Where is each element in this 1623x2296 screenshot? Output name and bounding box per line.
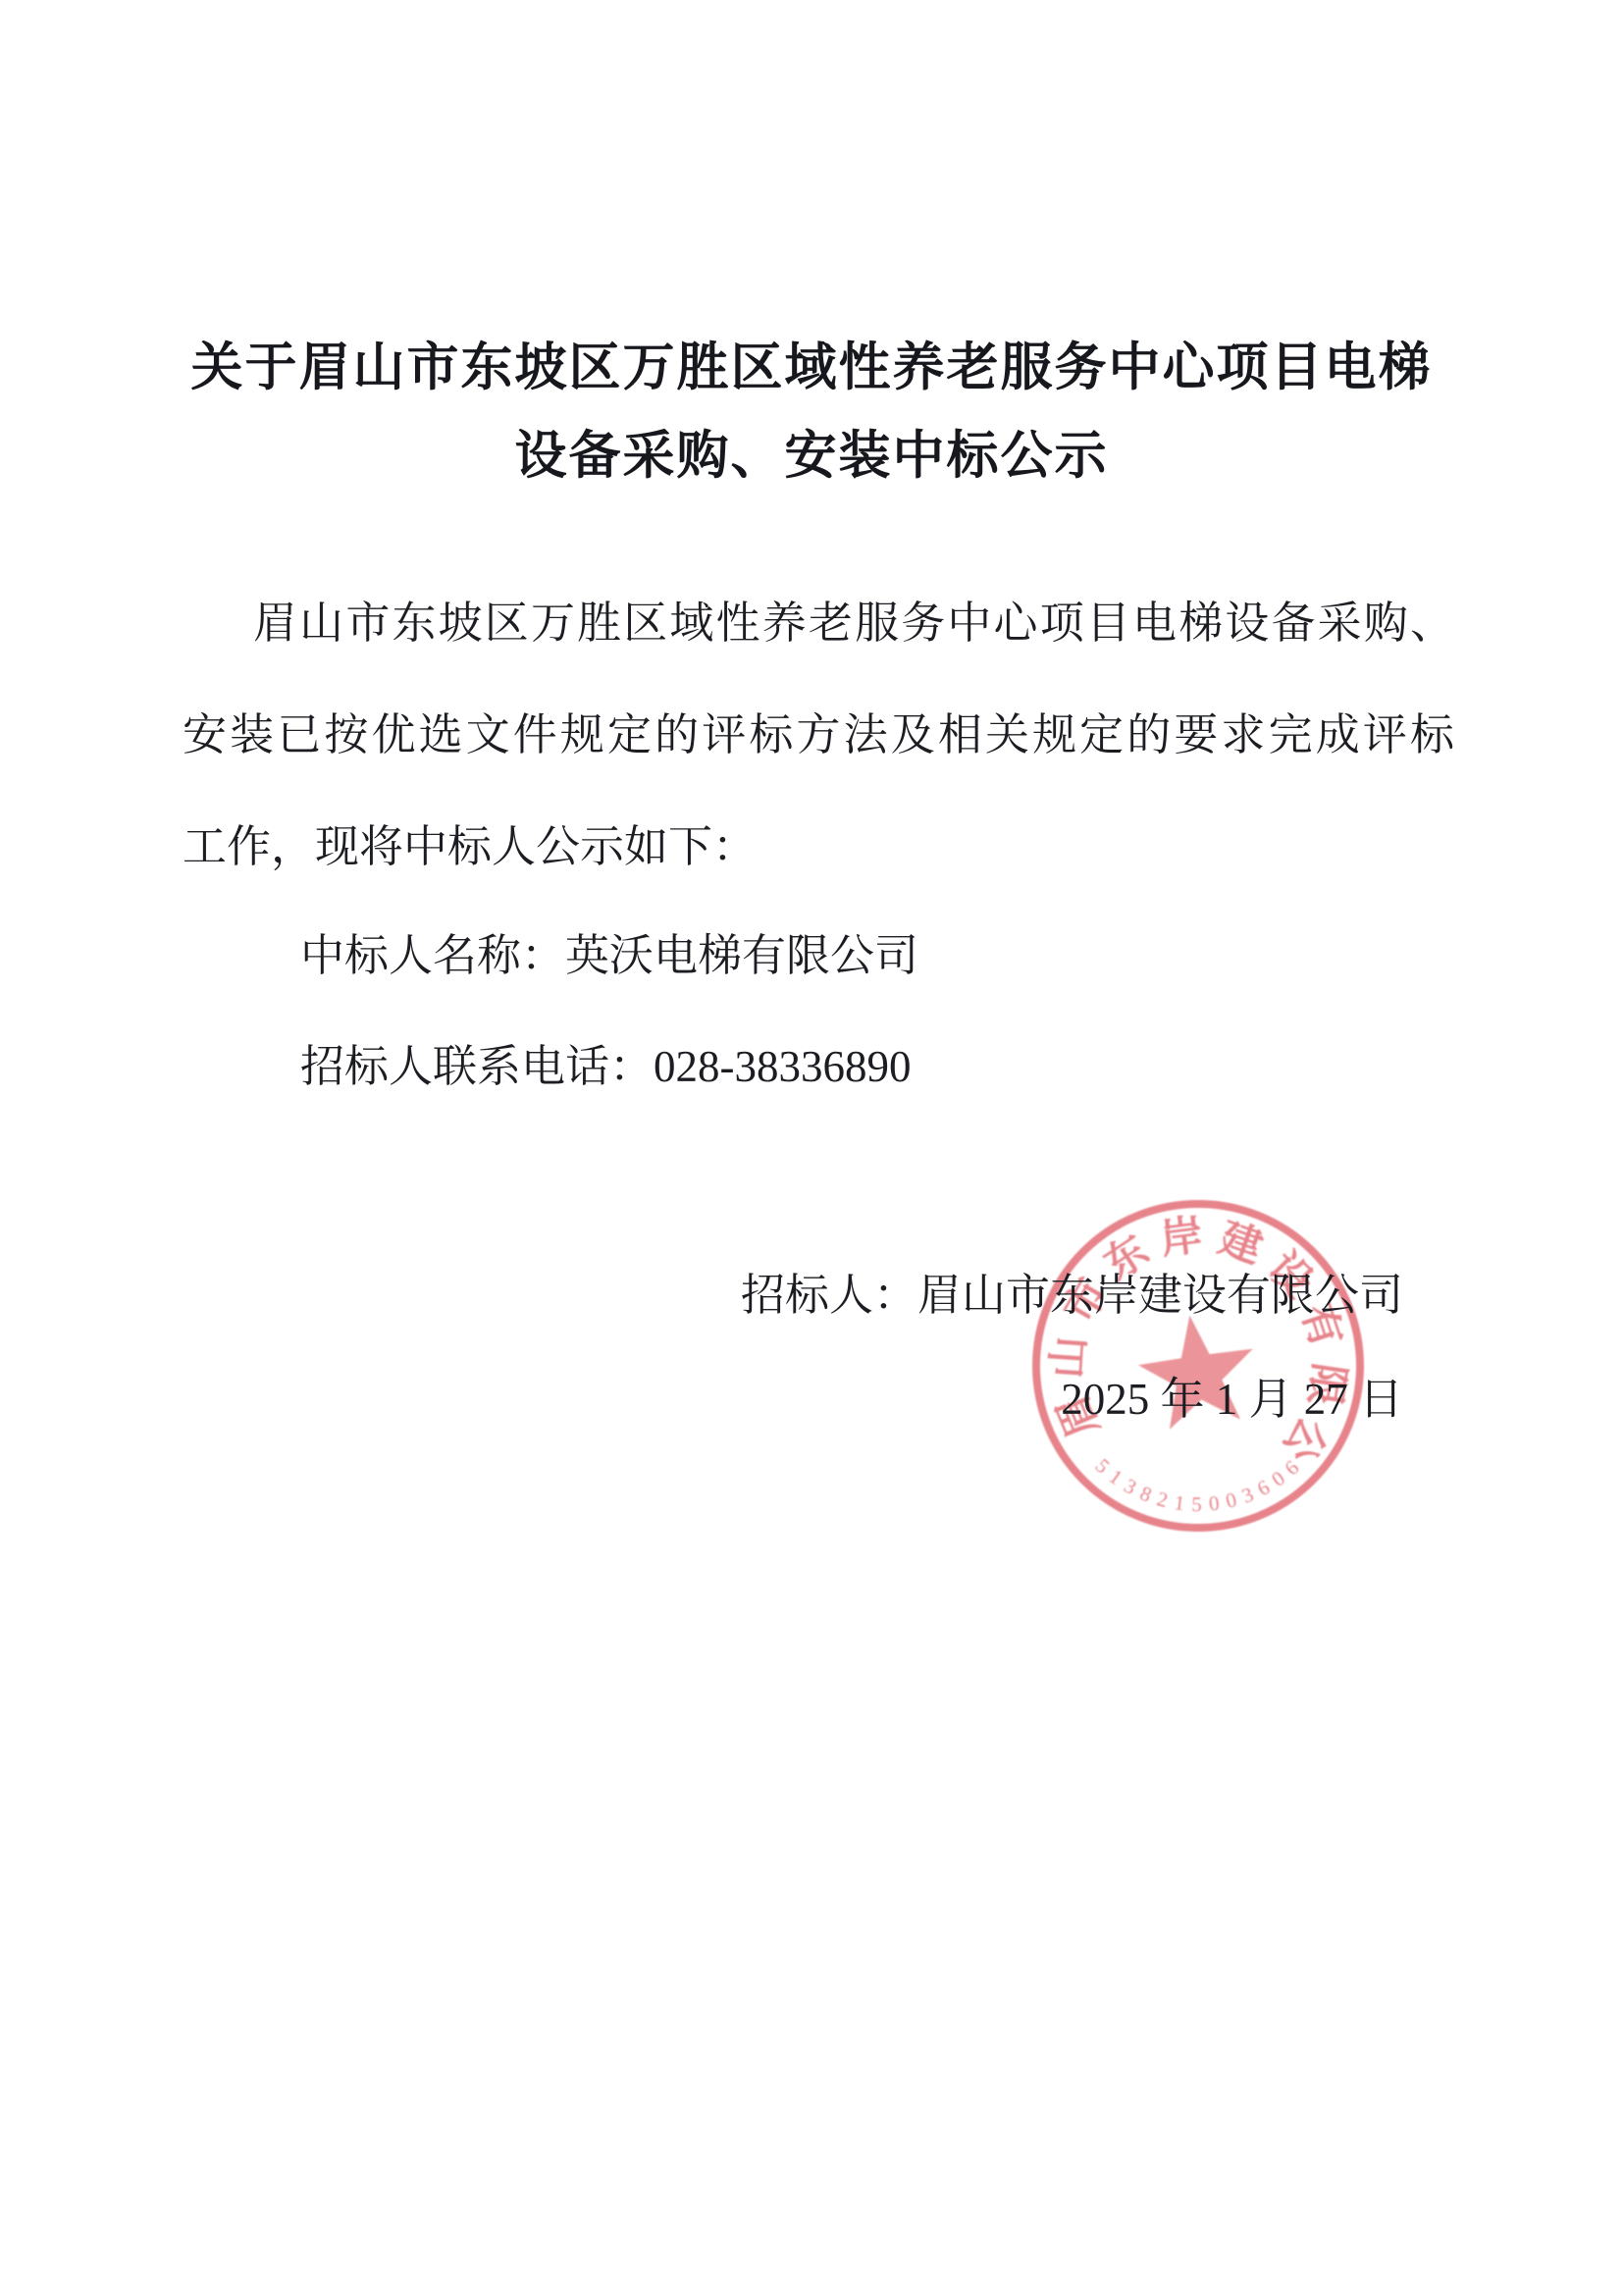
seal-company-text: 眉山市东岸建设有限公司 — [1021, 1189, 1351, 1470]
tenderer-signature-line: 招标人：眉山市东岸建设有限公司 — [741, 1270, 1403, 1322]
winner-name-line: 中标人名称：英沃电梯有限公司 — [300, 930, 918, 982]
document-page: 关于眉山市东坡区万胜区域性养老服务中心项目电梯 设备采购、安装中标公示 眉山市东… — [0, 0, 1623, 2296]
document-title: 关于眉山市东坡区万胜区域性养老服务中心项目电梯 设备采购、安装中标公示 — [0, 324, 1623, 500]
company-seal: 眉山市东岸建设有限公司 5138215003606 — [1021, 1189, 1375, 1542]
title-line-2: 设备采购、安装中标公示 — [0, 412, 1623, 500]
tenderer-phone-line: 招标人联系电话：028-38336890 — [300, 1041, 912, 1093]
paragraph-line: 工作，现将中标人公示如下： — [183, 791, 1454, 903]
body-paragraph: 眉山市东坡区万胜区域性养老服务中心项目电梯设备采购、 安装已按优选文件规定的评标… — [183, 567, 1454, 903]
title-line-1: 关于眉山市东坡区万胜区域性养老服务中心项目电梯 — [0, 324, 1623, 412]
paragraph-line: 眉山市东坡区万胜区域性养老服务中心项目电梯设备采购、 — [183, 567, 1454, 679]
paragraph-line: 安装已按优选文件规定的评标方法及相关规定的要求完成评标 — [183, 679, 1454, 791]
date-line: 2025 年 1 月 27 日 — [1061, 1374, 1403, 1426]
